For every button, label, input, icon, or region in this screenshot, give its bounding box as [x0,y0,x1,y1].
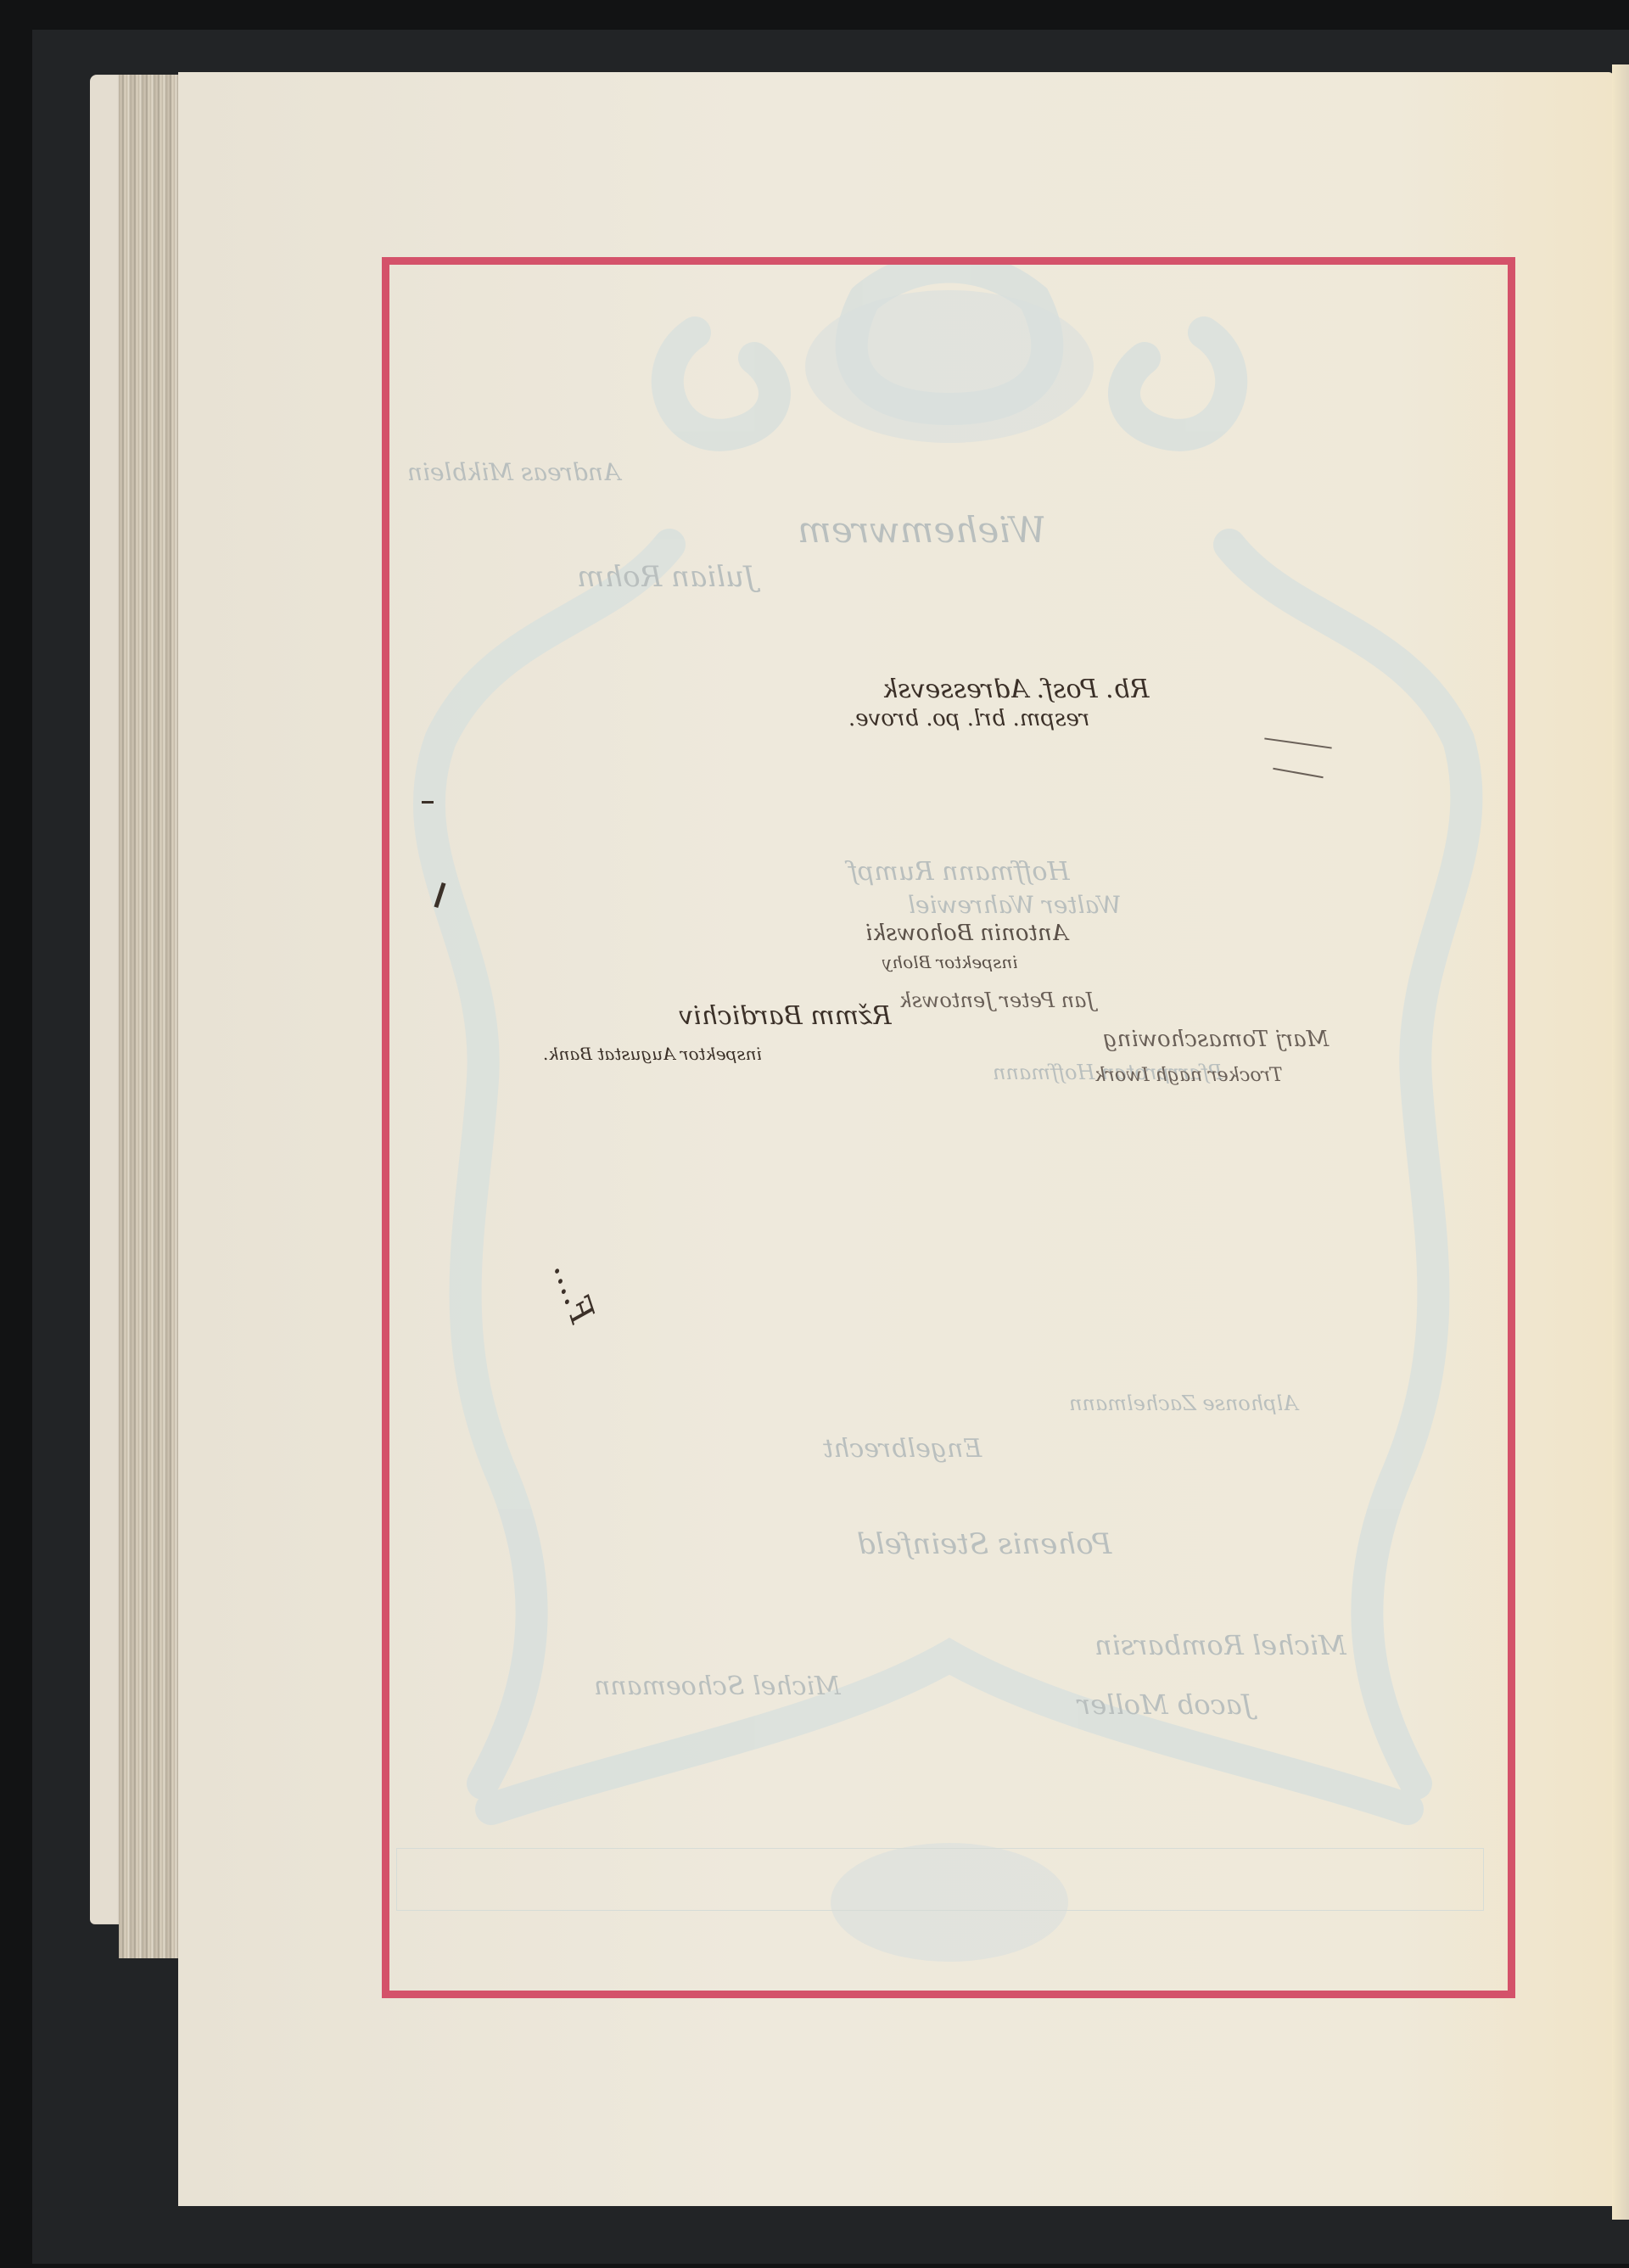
show-through-text: Julian Rohm [577,560,755,594]
show-through-text: Jacob Moller [1078,1688,1252,1721]
show-through-text: Andreas Mikblein [407,458,620,486]
ink-fragment: inspektor Blohy [882,952,1018,972]
show-through-text: Pohenis Steinfeld [857,1527,1111,1561]
ink-fragment: Ržmm Bardichiv [679,1001,892,1031]
ink-fragment: Rb. Posf. Adressevsk [882,675,1149,704]
show-through-text: Hoffmann Rumpf [848,857,1070,887]
book-gutter [1612,64,1629,2220]
ink-fragment: Jan Peter Jentowsk [899,988,1094,1012]
ink-fragment: Marj Tomaschowing [1103,1027,1329,1052]
show-through-text: Engelbrecht [823,1434,982,1464]
show-through-text: Michel Schoemann [594,1672,841,1701]
page-stack-edges [119,75,180,1958]
show-through-text: Michel Rombarsin [1094,1629,1346,1661]
ink-fragment: Antonin Bohowski [865,921,1068,946]
ink-fragment: inspektor Augustat Bank. [543,1044,762,1064]
show-through-text: Wiehemwrem [798,509,1046,551]
ink-fragment: respm. brl. po. brove. [848,706,1089,731]
stray-ink-mark [422,801,434,804]
ink-fragment: Trocker nagh Iwork [1094,1065,1283,1086]
book-cover-edge [90,75,120,1924]
show-through-text: Alphonse Zachelmann [1069,1392,1298,1415]
empty-footer-box [396,1848,1484,1911]
show-through-text: Walter Wahrewiel [908,891,1122,919]
